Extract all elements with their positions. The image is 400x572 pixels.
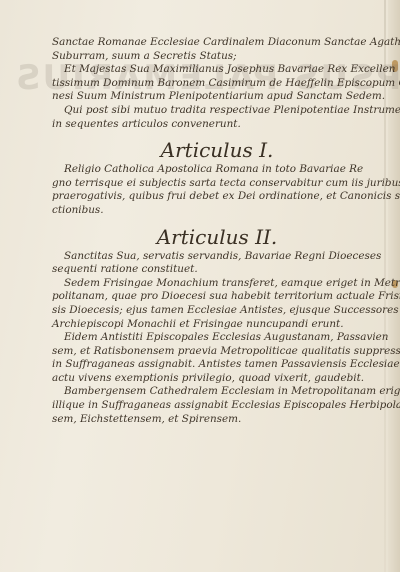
text-line: Bambergensem Cathedralem Ecclesiam in Me… — [52, 385, 382, 399]
text-line: gno terrisque ei subjectis sarta tecta c… — [52, 177, 382, 191]
text-line: Archiepiscopi Monachii et Frisingae nunc… — [52, 318, 382, 332]
text-line: Et Majestas Sua Maximilianus Josephus Ba… — [52, 63, 382, 77]
preamble-paragraph: Qui post sibi mutuo tradita respectivae … — [52, 104, 382, 131]
text-line: sequenti ratione constituet. — [52, 263, 382, 277]
article-paragraph: Bambergensem Cathedralem Ecclesiam in Me… — [52, 385, 382, 426]
article-paragraph: Sanctitas Sua, servatis servandis, Bavar… — [52, 250, 382, 277]
text-line: tissimum Dominum Baronem Casimirum de Ha… — [52, 77, 382, 91]
preamble-paragraph: Sanctae Romanae Ecclesiae Cardinalem Dia… — [52, 36, 382, 63]
text-line: Sanctitas Sua, servatis servandis, Bavar… — [52, 250, 382, 264]
text-line: Suburram, suum a Secretis Status; — [52, 50, 382, 64]
manuscript-page: IPSUS PALEMARIUS Sanctae Romanae Ecclesi… — [0, 0, 400, 572]
article-heading: Articulus I. — [52, 137, 382, 163]
manuscript-text: Sanctae Romanae Ecclesiae Cardinalem Dia… — [52, 36, 382, 426]
text-line: politanam, quae pro Dioecesi sua habebit… — [52, 290, 382, 304]
text-line: actu vivens exemptionis privilegio, quoa… — [52, 372, 382, 386]
text-line: Sedem Frisingae Monachium transferet, ea… — [52, 277, 382, 291]
text-line: sis Dioecesis; ejus tamen Ecclesiae Anti… — [52, 304, 382, 318]
preamble-paragraph: Et Majestas Sua Maximilianus Josephus Ba… — [52, 63, 382, 104]
text-line: in Suffraganeas assignabit. Antistes tam… — [52, 358, 382, 372]
article-paragraph: Religio Catholica Apostolica Romana in t… — [52, 163, 382, 217]
text-line: illique in Suffraganeas assignabit Eccle… — [52, 399, 382, 413]
text-line: in sequentes articulos convenerunt. — [52, 118, 382, 132]
text-line: praerogativis, quibus frui debet ex Dei … — [52, 190, 382, 204]
text-line: sem, Eichstettensem, et Spirensem. — [52, 413, 382, 427]
article-paragraph: Eidem Antistiti Episcopales Ecclesias Au… — [52, 331, 382, 385]
text-line: sem, et Ratisbonensem praevia Metropolit… — [52, 345, 382, 359]
text-line: Eidem Antistiti Episcopales Ecclesias Au… — [52, 331, 382, 345]
text-line: ctionibus. — [52, 204, 382, 218]
text-line: Religio Catholica Apostolica Romana in t… — [52, 163, 382, 177]
text-line: nesi Suum Ministrum Plenipotentiarium ap… — [52, 90, 382, 104]
article-paragraph: Sedem Frisingae Monachium transferet, ea… — [52, 277, 382, 331]
text-line: Qui post sibi mutuo tradita respectivae … — [52, 104, 382, 118]
article-heading: Articulus II. — [52, 224, 382, 250]
text-line: Sanctae Romanae Ecclesiae Cardinalem Dia… — [52, 36, 382, 50]
